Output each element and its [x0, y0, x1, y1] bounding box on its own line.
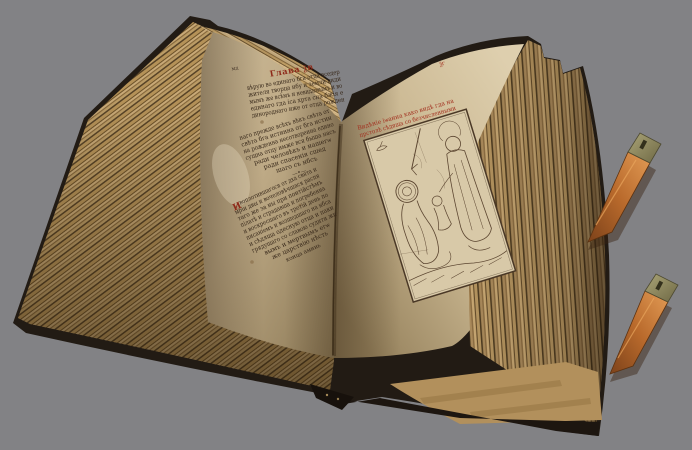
quire-mark: мд — [231, 65, 239, 72]
photo-antique-open-book: мд Глава ѯв вѣрую во единаго бга отца вс… — [0, 0, 692, 450]
spine-stitch — [337, 398, 339, 400]
foxing-spot — [260, 120, 264, 124]
book-illustration: мд Глава ѯв вѣрую во единаго бга отца вс… — [0, 0, 692, 450]
spine-stitch — [326, 394, 328, 396]
foxing-spot — [250, 260, 254, 264]
